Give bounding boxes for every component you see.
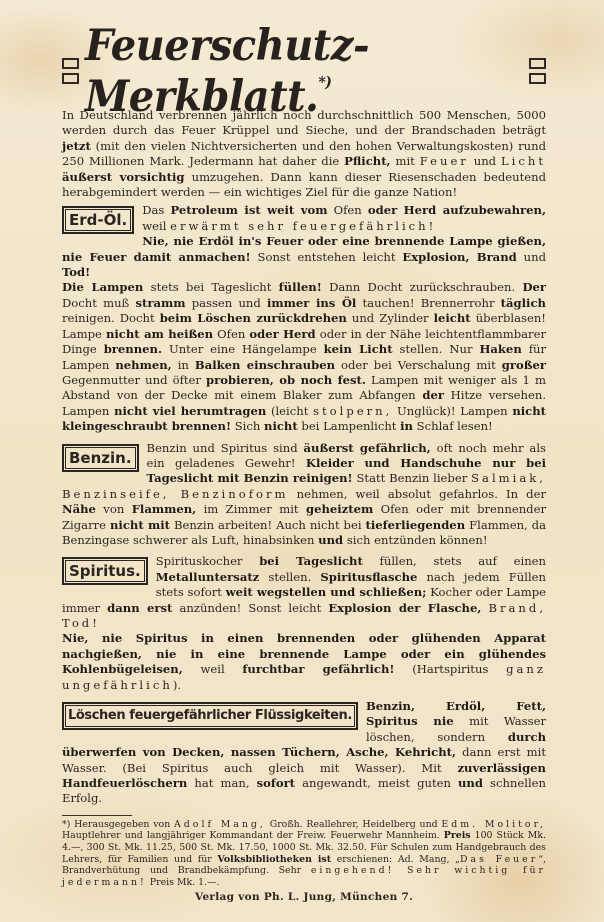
emphasis-spaced: Adolf Mang, (174, 819, 266, 830)
emphasis-bold: nicht am heißen (106, 327, 213, 341)
sections: Erd-Öl.Das Petroleum ist weit vom Ofen o… (62, 203, 546, 806)
intro-paragraph: In Deutschland verbrennen jährlich noch … (62, 108, 546, 200)
section-paragraph: Erd-Öl.Das Petroleum ist weit vom Ofen o… (62, 203, 546, 234)
emphasis-bold: bei Tageslicht (259, 554, 363, 568)
emphasis-spaced: erwärmt sehr feuergefährlich! (170, 219, 436, 233)
emphasis-spaced: stolpern, (313, 404, 392, 418)
section-paragraph: Die Lampen stets bei Tageslicht füllen! … (62, 280, 546, 434)
emphasis-bold: in (400, 419, 413, 433)
emphasis-bold: Explosion der Flasche, (328, 601, 481, 615)
emphasis-bold: dann erst (107, 601, 172, 615)
emphasis-bold: jetzt (62, 139, 91, 153)
section-1: Erd-Öl.Das Petroleum ist weit vom Ofen o… (62, 203, 546, 434)
emphasis-bold: brennen. (104, 342, 162, 356)
ornament-right-icon (529, 58, 546, 84)
section-label-box: Erd-Öl. (62, 206, 134, 234)
emphasis-spaced: Feuer (420, 154, 469, 168)
emphasis-bold: oder Herd aufzubewahren, (368, 203, 546, 217)
emphasis-bold: Benzin, Erdöl, Fett, Spiritus nie (366, 699, 546, 728)
section-paragraph: Nie, nie Spiritus in einen brennenden od… (62, 631, 546, 693)
emphasis-bold: weit wegstellen und schließen; (226, 585, 427, 599)
section-paragraph: Löschen feuergefährlicher Flüssigkeiten.… (62, 699, 546, 807)
section-label-box: Benzin. (62, 444, 139, 472)
emphasis-bold: und (318, 533, 343, 547)
footnote-divider (62, 815, 132, 816)
section-paragraph: Spiritus.Spirituskocher bei Tageslicht f… (62, 554, 546, 631)
emphasis-bold: stramm (135, 296, 185, 310)
emphasis-bold: und (458, 776, 483, 790)
emphasis-bold: leicht (434, 311, 471, 325)
section-4: Löschen feuergefährlicher Flüssigkeiten.… (62, 699, 546, 807)
emphasis-bold: nicht mit (110, 518, 170, 532)
emphasis-bold: geheiztem (306, 502, 373, 516)
emphasis-spaced: Licht (501, 154, 546, 168)
emphasis-bold: nicht viel herumtragen (114, 404, 266, 418)
leaflet: Feuerschutz-Merkblatt.*) In Deutschland … (62, 40, 546, 903)
emphasis-bold: beim Löschen zurückdrehen (160, 311, 347, 325)
emphasis-bold: Tod! (62, 265, 90, 279)
section-label-box: Löschen feuergefährlicher Flüssigkeiten. (62, 702, 358, 730)
emphasis-bold: Volksbibliotheken ist (217, 854, 331, 865)
emphasis-bold: durch überwerfen von Decken, nassen Tüch… (62, 730, 546, 759)
emphasis-bold: Der (522, 280, 546, 294)
emphasis-spaced: Das Feuer (460, 854, 538, 865)
section-paragraph: Benzin.Benzin und Spiritus sind äußerst … (62, 441, 546, 549)
emphasis-bold: Flammen, (132, 502, 197, 516)
emphasis-bold: der (422, 388, 444, 402)
emphasis-bold: oder Herd (249, 327, 315, 341)
emphasis-bold: Pflicht, (344, 154, 390, 168)
footnote-text: *) Herausgegeben von Adolf Mang, Großh. … (62, 819, 546, 889)
emphasis-bold: Nähe (62, 502, 96, 516)
emphasis-bold: Preis (444, 830, 471, 841)
emphasis-bold: Haken (479, 342, 521, 356)
section-paragraph: Nie, nie Erdöl in's Feuer oder eine bren… (62, 234, 546, 280)
emphasis-bold: Explosion, Brand (402, 250, 516, 264)
emphasis-bold: Petroleum ist weit vom (170, 203, 327, 217)
emphasis-bold: kein Licht (324, 342, 393, 356)
emphasis-bold: Metalluntersatz (156, 570, 260, 584)
section-label-box: Spiritus. (62, 557, 148, 585)
emphasis-bold: füllen! (279, 280, 322, 294)
publisher-line: Verlag von Ph. L. Jung, München 7. (62, 891, 546, 903)
page-title: Feuerschutz-Merkblatt.*) (85, 20, 523, 122)
emphasis-bold: sofort (257, 776, 295, 790)
emphasis-bold: äußerst gefährlich, (304, 441, 431, 455)
emphasis-spaced: Edm. Molitor, (441, 819, 546, 830)
footnote: *) Herausgegeben von Adolf Mang, Großh. … (62, 819, 546, 889)
emphasis-bold: nehmen, (115, 358, 171, 372)
emphasis-bold: furchtbar gefährlich! (242, 662, 394, 676)
emphasis-bold: täglich (501, 296, 546, 310)
emphasis-bold: äußerst vorsichtig (62, 170, 184, 184)
title-row: Feuerschutz-Merkblatt.*) (62, 40, 546, 102)
footnote-marker: *) (318, 74, 331, 91)
ornament-left-icon (62, 58, 79, 84)
emphasis-spaced: eingehend! Sehr wichtig für jedermann! (62, 865, 546, 888)
emphasis-bold: nicht (264, 419, 298, 433)
emphasis-bold: Balken einschrauben (195, 358, 335, 372)
section-2: Benzin.Benzin und Spiritus sind äußerst … (62, 441, 546, 549)
emphasis-bold: probieren, ob noch fest. (206, 373, 366, 387)
emphasis-bold: immer ins Öl (267, 296, 356, 310)
emphasis-bold: großer (502, 358, 546, 372)
emphasis-bold: tieferliegenden (366, 518, 466, 532)
section-3: Spiritus.Spirituskocher bei Tageslicht f… (62, 554, 546, 693)
emphasis-bold: Spiritusflasche (320, 570, 417, 584)
emphasis-bold: Die Lampen (62, 280, 143, 294)
